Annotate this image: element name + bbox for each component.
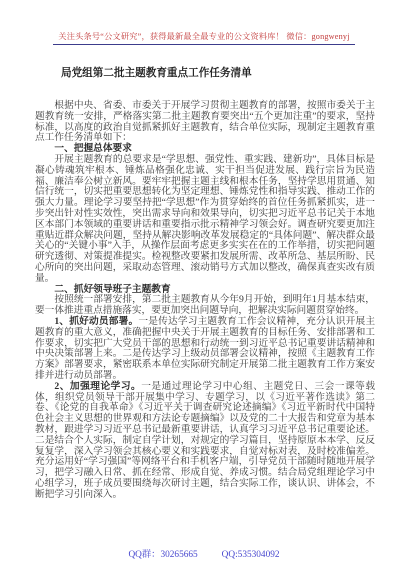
paragraph-bold-lead: 1、抓好动员部署。 bbox=[54, 316, 138, 327]
page-title: 局党组第二批主题教育重点工作任务清单 bbox=[61, 67, 375, 80]
footer-contact: QQ群：30265665QQ:535304092 bbox=[0, 546, 408, 560]
header-promo-text: 关注头条号“公文研究”，获得最新最全最专业的公文资料库！ 微信：gongweny… bbox=[53, 31, 354, 45]
paragraph: 根据中央、省委、市委关于开展学习贯彻主题教育的部署，按照市委关于主题教育统一安排… bbox=[35, 101, 375, 144]
document-body: 根据中央、省委、市委关于开展学习贯彻主题教育的部署，按照市委关于主题教育统一安排… bbox=[35, 101, 375, 500]
header-banner: 关注头条号“公文研究”，获得最新最全最专业的公文资料库！ 微信：gongweny… bbox=[0, 0, 408, 45]
qq-number-text: QQ:535304092 bbox=[222, 550, 280, 560]
paragraph: 按照统一部署安排，第二批主题教育从今年9月开始，到明年1月基本结束，要一体推进重… bbox=[35, 295, 375, 317]
document-page: 关注头条号“公文研究”，获得最新最全最专业的公文资料库！ 微信：gongweny… bbox=[0, 0, 408, 580]
paragraph: 2、加强理论学习。一是通过理论学习中心组、主题党日、三会一课等载体，组织党员领导… bbox=[35, 382, 375, 501]
paragraph-bold-lead: 2、加强理论学习。 bbox=[54, 381, 141, 392]
paragraph: 1、抓好动员部署。一是传达学习主题教育工作会议精神，充分认识开展主题教育的重大意… bbox=[35, 317, 375, 382]
paragraph: 开展主题教育的总要求是“学思想、强党性、重实践、建新功”，具体目标是凝心铸魂筑牢… bbox=[35, 155, 375, 285]
qq-group-text: QQ群：30265665 bbox=[128, 550, 197, 560]
